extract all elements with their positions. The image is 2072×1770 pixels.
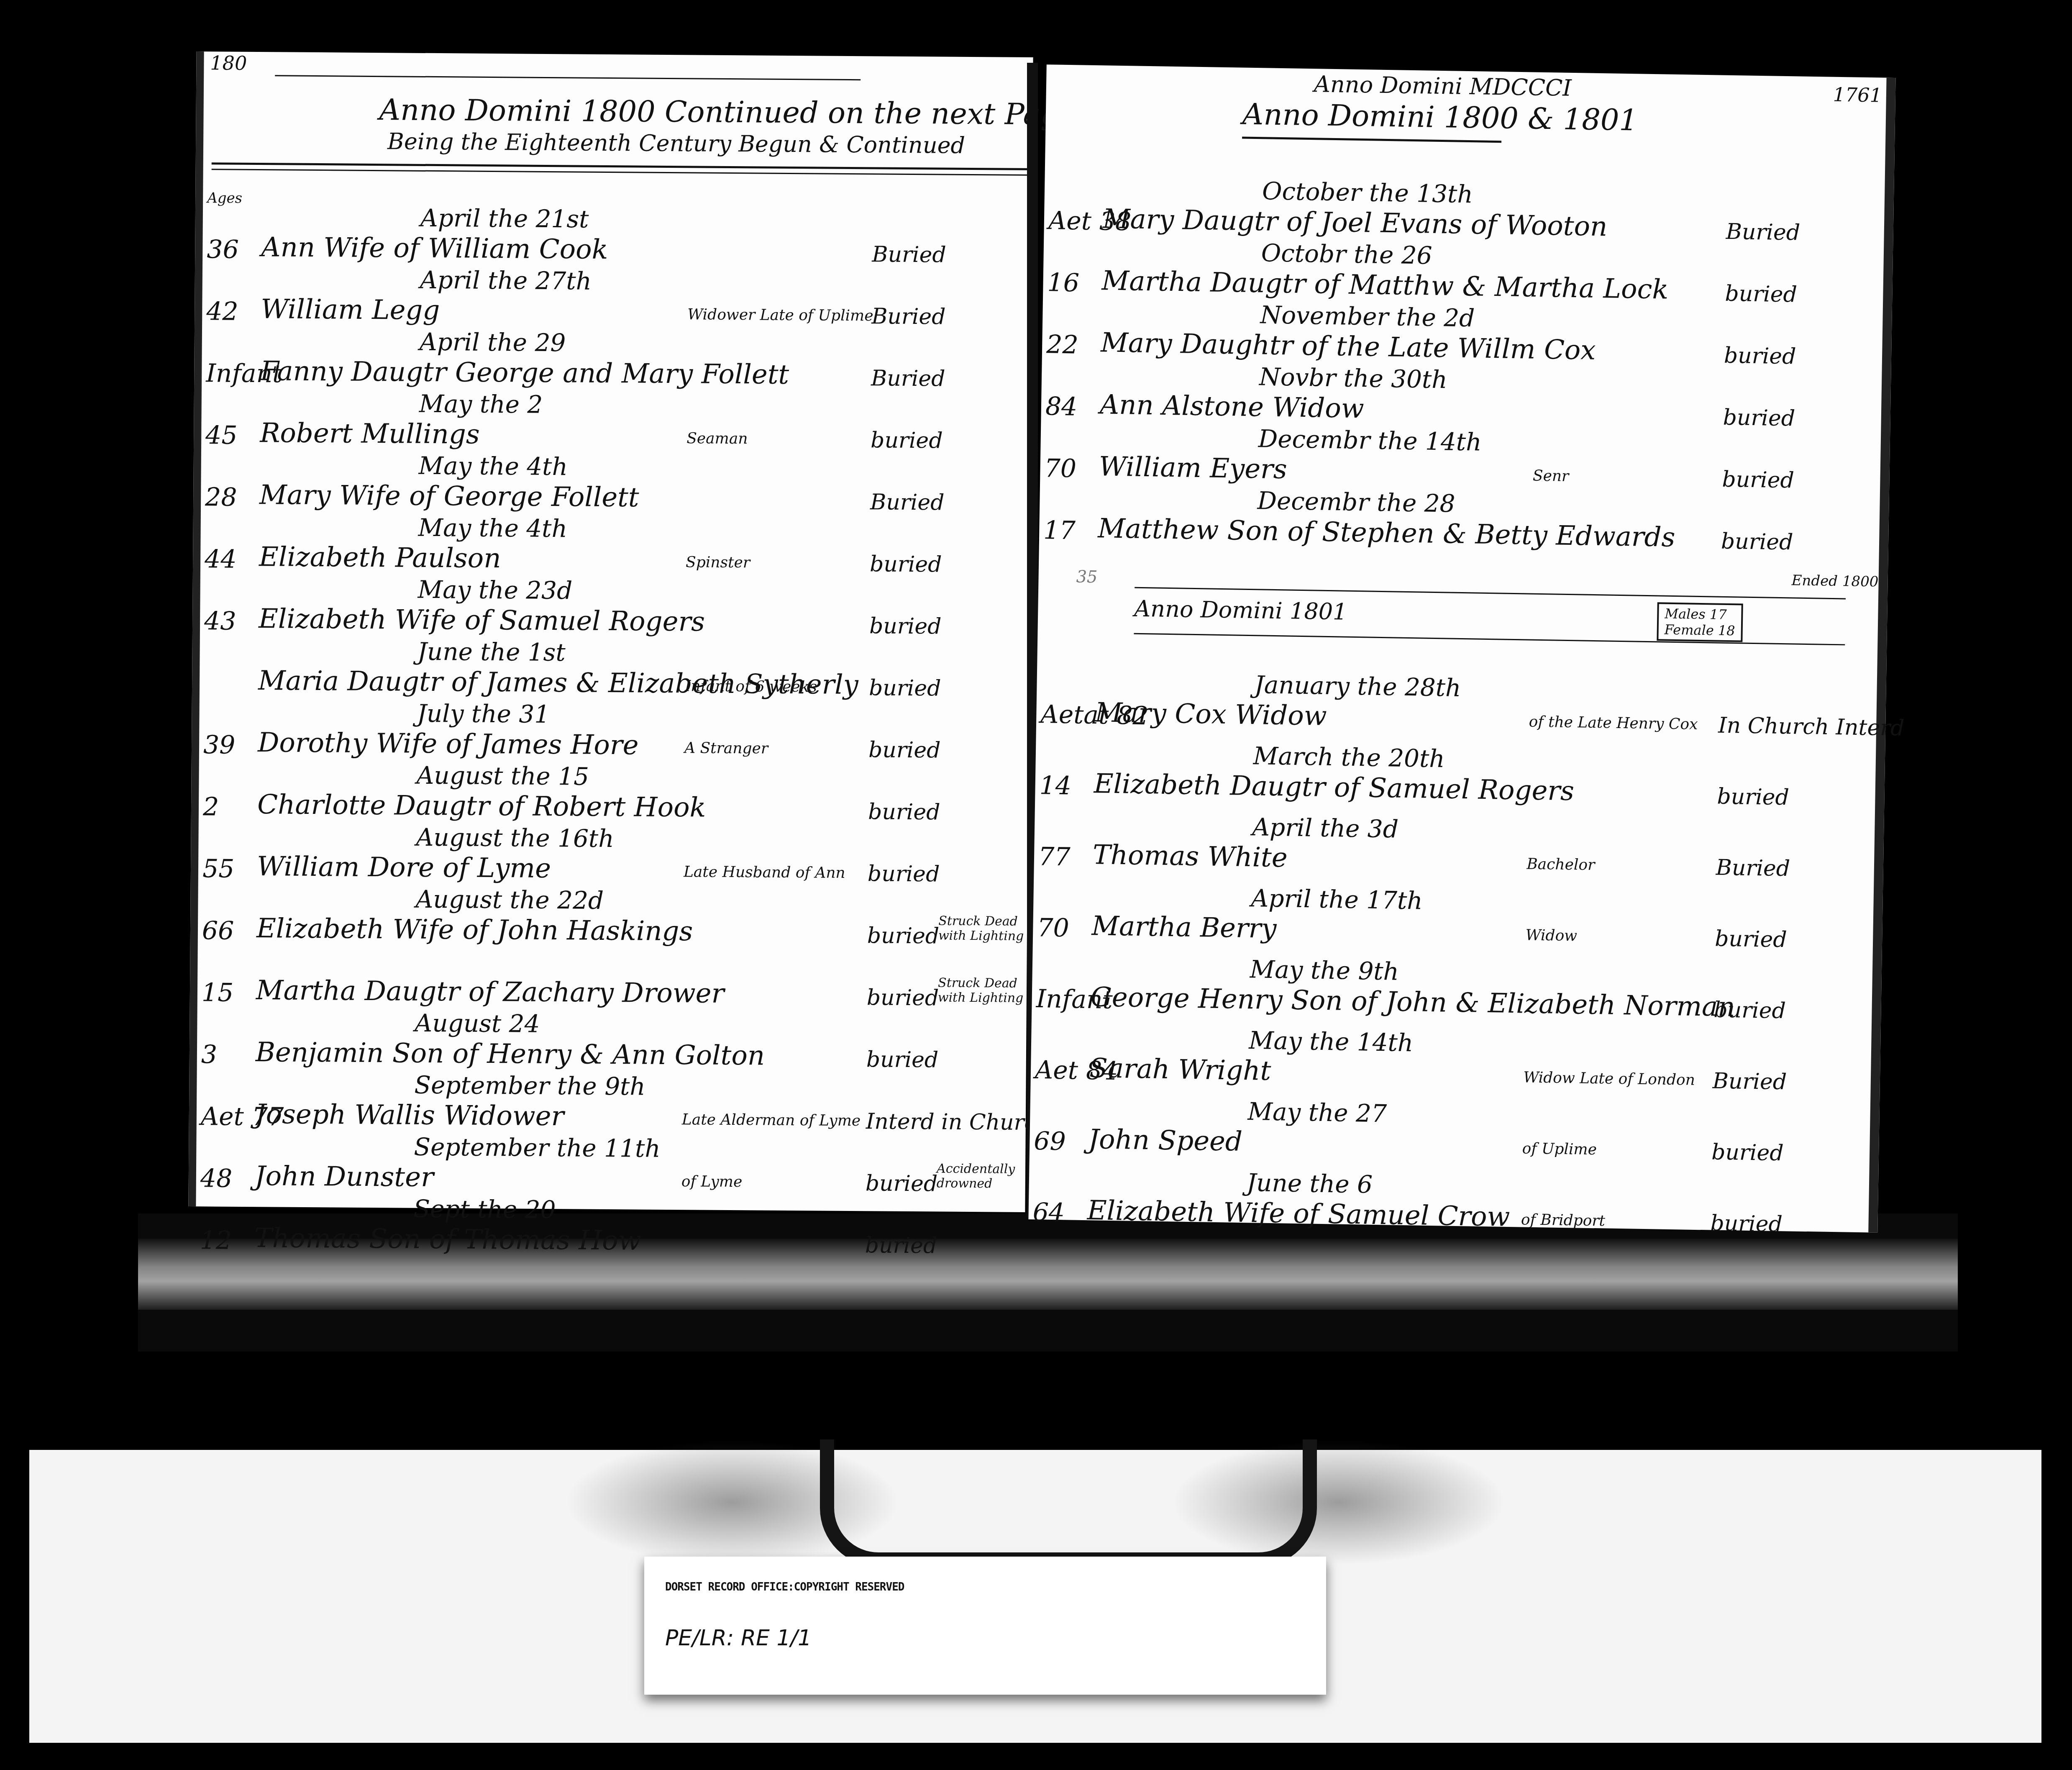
entry-description: Seaman [686,430,748,447]
left-entries-list: April the 21st36Ann Wife of William Cook… [204,51,1033,57]
entry-name: Thomas Son of Thomas How [254,1223,641,1256]
entry-description: Widower Late of Uplime [687,306,873,324]
entry-date: May the 4th [418,513,567,543]
entry-date: Octobr the 26 [1261,239,1432,269]
entry-name: George Henry Son of John & Elizabeth Nor… [1090,982,1735,1023]
right-header-main: Anno Domini 1800 & 1801 [1242,97,1638,138]
entry-status: buried [870,552,942,577]
entry-name: John Speed [1088,1124,1243,1157]
entry-age: 66 [202,916,234,946]
entry-name: Charlotte Daugtr of Robert Hook [257,789,706,823]
entry-name: William Legg [261,294,440,326]
header-rule-top [275,75,861,80]
entry-description: Bachelor [1526,855,1595,874]
register-entry: May the 4th28Mary Wife of George Follett… [201,479,1030,527]
entry-name: Joseph Wallis Widower [255,1099,564,1132]
entry-name: Ann Wife of William Cook [261,232,608,265]
entry-date: June the 1st [417,637,566,667]
entry-date: June the 6 [1246,1168,1373,1199]
register-entry: March the 20th14Elizabeth Daugtr of Samu… [1035,767,1875,823]
entry-status: buried [866,1047,939,1072]
entry-name: Robert Mullings [260,418,480,450]
entry-date: Decembr the 14th [1258,424,1482,456]
entry-date: August the 16th [416,823,614,853]
entry-description: Late Alderman of Lyme [682,1111,861,1129]
register-entry: June the 1stMaria Daugtr of James & Eliz… [200,665,1029,713]
entry-date: May the 23d [417,575,572,605]
entry-status: buried [1721,529,1793,555]
entry-status: Buried [871,366,945,391]
register-entry: April the 29InfantFanny Daugtr George an… [202,355,1031,403]
right-header-rule [1242,137,1501,143]
entry-date: May the 2 [419,390,543,419]
archive-label-card: DORSET RECORD OFFICE:COPYRIGHT RESERVED … [644,1557,1326,1695]
register-entry: May the 4th44Elizabeth PaulsonSpinsterbu… [200,541,1030,589]
entry-date: November the 2d [1260,300,1475,332]
left-header-line2: Being the Eighteenth Century Begun & Con… [387,128,965,159]
archive-copyright-text: DORSET RECORD OFFICE:COPYRIGHT RESERVED [665,1581,904,1593]
entry-status: buried [1713,998,1786,1024]
entry-status: Buried [1712,1069,1787,1095]
entry-status: buried [869,613,942,639]
entry-date: May the 27 [1247,1097,1387,1128]
register-entry: Decembr the 14th70William EyersSenrburie… [1040,450,1880,505]
register-entry: April the 3d77Thomas WhiteBachelorBuried [1034,839,1874,894]
entry-name: Elizabeth Paulson [259,541,501,574]
entry-status: buried [1723,405,1795,431]
entry-status: Buried [872,242,946,267]
header-rule [212,162,1036,170]
entry-date: August the 15 [416,761,589,791]
entry-age: 17 [1043,516,1076,545]
entry-name: Ann Alstone Widow [1099,389,1364,424]
entry-status: buried [866,1171,938,1196]
register-entry: May the 2769John Speedof Uplimeburied [1029,1123,1870,1178]
entry-name: Elizabeth Wife of Samuel Crow [1087,1195,1510,1233]
entry-name: Martha Berry [1091,911,1277,944]
gender-tally-box: Males 17 Female 18 [1657,602,1743,642]
entry-age: 28 [205,482,237,512]
entry-note: Accidentally drowned [937,1161,1024,1191]
entry-age: 45 [205,421,238,450]
section-header-1801: Anno Domini 1801 [1134,595,1347,625]
entry-description: of Lyme [681,1173,743,1190]
entry-name: Mary Daugtr of Joel Evans of Wooton [1102,203,1608,242]
entry-status: buried [1717,784,1789,811]
register-entry: April the 27th42William LeggWidower Late… [202,293,1032,341]
right-page-number: 1761 [1833,83,1882,107]
register-entry: April the 17th70Martha BerryWidowburied [1033,910,1873,965]
entry-name: Dorothy Wife of James Hore [258,727,639,761]
entry-status: buried [1711,1140,1784,1166]
entry-age: 55 [202,854,235,884]
entry-status: buried [871,428,943,453]
entry-status: Buried [870,490,945,515]
left-page: 180 Anno Domini 1800 Continued on the ne… [188,51,1033,1212]
entry-date: April the 27th [420,266,592,295]
entry-date: April the 21st [420,204,589,233]
entry-age: 42 [206,297,238,326]
entry-age: 2 [203,792,219,821]
register-entry: 15Martha Daugtr of Zachary DrowerburiedS… [197,975,1027,1022]
register-entry: August the 16th55William Dore of LymeLat… [198,851,1028,898]
entry-name: Fanny Daugtr George and Mary Follett [260,356,789,390]
left-page-number: 180 [210,51,247,74]
entry-status: buried [867,985,939,1011]
entry-status: buried [1710,1211,1783,1237]
register-entry: July the 3139Dorothy Wife of James HoreA… [199,727,1029,775]
entry-age: 14 [1039,771,1071,800]
entry-note: Struck Dead with Lighting [938,913,1026,943]
entry-description: Spinster [686,554,750,571]
entry-description: A Stranger [684,739,768,757]
entry-age: 48 [200,1164,233,1193]
entry-date: Sept the 20 [413,1195,556,1224]
entry-age: 16 [1047,268,1079,298]
entry-description: of the Late Henry Cox [1529,713,1698,733]
entry-status: buried [1722,467,1794,493]
entry-date: August the 22d [415,885,604,915]
register-entry: Decembr the 2817Matthew Son of Stephen &… [1039,512,1879,567]
register-entry: Sept the 2012Thomas Son of Thomas Howbur… [195,1222,1025,1270]
entry-name: Mary Wife of George Follett [259,480,639,513]
entry-status: buried [868,737,941,763]
entry-date: January the 28th [1254,670,1461,702]
entry-date: May the 9th [1250,955,1399,986]
entry-date: April the 29 [420,328,566,357]
entry-description: Infant of 6 weeks [685,677,817,695]
header-rule-double [212,169,1036,176]
entry-age: 77 [1038,842,1071,872]
entry-note: Struck Dead with Lighting [938,975,1026,1005]
entry-status: Buried [871,304,946,329]
entry-description: Widow Late of London [1523,1069,1695,1088]
entry-name: Elizabeth Wife of Samuel Rogers [259,603,705,637]
register-entry: August the 22d66Elizabeth Wife of John H… [198,913,1027,960]
entry-age: 84 [1045,392,1077,421]
register-entry: April the 21st36Ann Wife of William Cook… [202,231,1032,279]
entry-age: 3 [201,1040,218,1069]
entry-age: 22 [1046,330,1078,359]
entry-name: Benjamin Son of Henry & Ann Golton [256,1037,765,1071]
entry-date: May the 14th [1249,1026,1414,1057]
right-header-roman: Anno Domini MDCCCI [1314,71,1572,101]
entry-status: buried [865,1233,937,1258]
entry-age: 70 [1037,913,1069,943]
entry-name: Martha Daugtr of Zachary Drower [256,975,725,1009]
entry-date: Decembr the 28 [1257,486,1455,518]
entry-date: August 24 [415,1009,540,1038]
entry-name: Martha Daugtr of Matthw & Martha Lock [1101,265,1669,305]
entry-age: 64 [1032,1198,1065,1227]
entry-age: 12 [200,1226,232,1255]
register-entry: May the 245Robert MullingsSeamanburied [201,417,1031,465]
entry-description: Late Husband of Ann [684,863,845,882]
entry-name: Thomas White [1093,839,1288,873]
entry-status: buried [868,861,940,887]
register-entry: May the 14thAet 84Sarah WrightWidow Late… [1030,1052,1871,1107]
entry-name: Elizabeth Daugtr of Samuel Rogers [1094,768,1574,807]
entry-date: March the 20th [1253,741,1445,773]
entry-name: John Dunster [255,1161,434,1193]
entry-date: October the 13th [1262,177,1473,208]
entry-date: July the 31 [417,699,550,729]
entry-name: Mary Cox Widow [1095,697,1327,732]
entry-status: Buried [1726,219,1800,246]
entry-status: buried [1725,281,1797,308]
tally-males: Males 17 [1665,606,1735,623]
register-entry: October the 13thAet 38Mary Daugtr of Joe… [1044,203,1884,258]
entry-date: September the 9th [414,1071,645,1101]
book-clasp [820,1439,1317,1567]
entry-age: 70 [1044,454,1076,483]
register-entry: May the 9thInfantGeorge Henry Son of Joh… [1032,981,1872,1036]
entry-status: buried [1715,926,1787,953]
entry-date: May the 4th [419,451,568,481]
entry-name: Matthew Son of Stephen & Betty Edwards [1098,513,1675,553]
ages-column-label: Ages [207,190,242,207]
entry-status: buried [867,923,940,949]
entry-status: buried [1724,343,1796,369]
entry-age: 39 [203,730,236,760]
archive-reference: PE/LR: RE 1/1 [665,1626,812,1651]
margin-count: 35 [1076,567,1098,587]
entry-status: Interd in Church [866,1109,1051,1135]
entry-name: William Dore of Lyme [257,851,551,884]
entry-status: buried [869,675,941,701]
entry-name: William Eyers [1099,451,1287,485]
entry-description: Widow [1525,926,1577,944]
entry-date: April the 3d [1252,813,1399,843]
register-entry: November the 2d22Mary Daughtr of the Lat… [1042,326,1882,382]
entry-description: of Bridport [1521,1211,1606,1229]
register-entry: September the 11th48John Dunsterof Lymeb… [196,1160,1025,1208]
entry-status: In Church Interd [1718,713,1905,741]
entry-date: Novbr the 30th [1259,362,1448,394]
tally-females: Female 18 [1664,622,1735,639]
entry-status: Buried [1716,855,1790,882]
register-entry: January the 28thAetat 82Mary Cox Widowof… [1036,696,1877,752]
entry-status: buried [868,799,940,825]
right-page: 1761 Anno Domini MDCCCI Anno Domini 1800… [1028,64,1895,1233]
entry-age: 44 [205,544,237,574]
entry-date: September the 11th [414,1133,661,1163]
entry-name: Sarah Wright [1089,1053,1271,1087]
entry-name: Elizabeth Wife of John Haskings [256,913,693,947]
left-header-line1: Anno Domini 1800 Continued on the next P… [379,92,1076,132]
register-entry: May the 23d43Elizabeth Wife of Samuel Ro… [200,603,1030,651]
entry-age: 69 [1034,1126,1066,1156]
entry-date: April the 17th [1251,884,1423,915]
entry-name: Mary Daughtr of the Late Willm Cox [1101,327,1596,366]
entry-age: 15 [202,978,234,1008]
entry-description: Senr [1533,467,1569,485]
entry-description: of Uplime [1522,1140,1597,1158]
entry-age: 43 [204,606,236,636]
year-end-note: Ended 1800 [1791,572,1878,590]
entry-age: 36 [207,235,239,264]
